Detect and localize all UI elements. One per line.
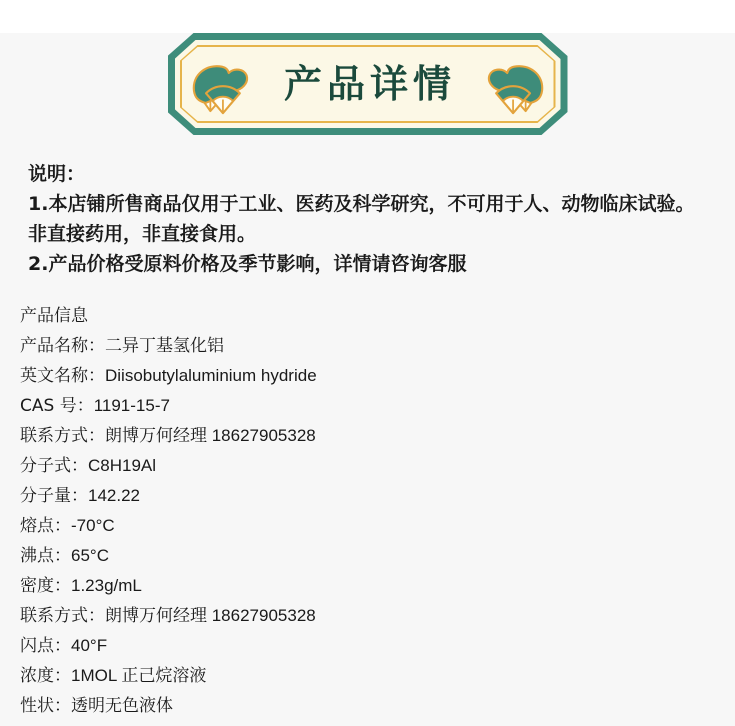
info-row: 浓度：1MOL 正己烷溶液 (20, 661, 715, 691)
info-label: 英文名称： (20, 366, 105, 386)
info-value: 透明无色液体 (71, 696, 173, 715)
info-label: CAS 号： (20, 396, 94, 416)
info-label: 浓度： (20, 666, 71, 686)
info-value: C8H19Al (88, 456, 156, 475)
info-label: 闪点： (20, 636, 71, 656)
description-section: 说明：1.本店铺所售商品仅用于工业、医药及科学研究，不可用于人、动物临床试验。非… (0, 135, 735, 279)
info-row: 分子式：C8H19Al (20, 451, 715, 481)
info-value: 1191-15-7 (94, 396, 170, 415)
info-value: 朗博万何经理 18627905328 (105, 426, 316, 445)
info-row: CAS 号：1191-15-7 (20, 391, 715, 421)
info-value: 朗博万何经理 18627905328 (105, 606, 316, 625)
info-row: 联系方式：朗博万何经理 18627905328 (20, 601, 715, 631)
info-value: Diisobutylaluminium hydride (105, 366, 317, 385)
description-line: 2.产品价格受原料价格及季节影响，详情请咨询客服 (28, 249, 707, 279)
info-row: 性状：透明无色液体 (20, 691, 715, 721)
info-row: 闪点：40°F (20, 631, 715, 661)
top-strip (0, 0, 735, 28)
info-row: 产品信息 (20, 301, 715, 331)
description-line: 1.本店铺所售商品仅用于工业、医药及科学研究，不可用于人、动物临床试验。 (28, 189, 707, 219)
info-value: 142.22 (88, 486, 140, 505)
info-label: 密度： (20, 576, 71, 596)
info-row: 熔点：-70°C (20, 511, 715, 541)
info-row: 沸点：65°C (20, 541, 715, 571)
banner-inner: 产品详情 (182, 47, 554, 121)
product-info-section: 产品信息产品名称：二异丁基氢化铝英文名称：Diisobutylaluminium… (0, 279, 735, 721)
info-row: 产品名称：二异丁基氢化铝 (20, 331, 715, 361)
info-label: 产品名称： (20, 336, 105, 356)
info-label: 性状： (20, 696, 71, 716)
info-label: 熔点： (20, 516, 71, 536)
page: 产品详情 说明：1.本店铺所售商品仅用于工业、医药及科学研究，不可用于人、动物临… (0, 0, 735, 726)
info-value: 40°F (71, 636, 107, 655)
banner-title: 产品详情 (252, 65, 484, 103)
info-value: 1.23g/mL (71, 576, 142, 595)
info-label: 联系方式： (20, 606, 105, 626)
info-row: 联系方式：朗博万何经理 18627905328 (20, 421, 715, 451)
description-line: 说明： (28, 159, 707, 189)
content-area: 产品详情 说明：1.本店铺所售商品仅用于工业、医药及科学研究，不可用于人、动物临… (0, 33, 735, 726)
info-label: 分子式： (20, 456, 88, 476)
info-label: 分子量： (20, 486, 88, 506)
info-label: 联系方式： (20, 426, 105, 446)
description-line: 非直接药用，非直接食用。 (28, 219, 707, 249)
info-label: 沸点： (20, 546, 71, 566)
info-label: 产品信息 (20, 306, 88, 326)
description-lines: 说明：1.本店铺所售商品仅用于工业、医药及科学研究，不可用于人、动物临床试验。非… (28, 159, 707, 279)
info-row: 英文名称：Diisobutylaluminium hydride (20, 361, 715, 391)
fan-icon-left (190, 59, 252, 115)
product-details-banner: 产品详情 (168, 33, 568, 135)
info-value: -70°C (71, 516, 115, 535)
fan-icon-right (484, 59, 546, 115)
info-value: 二异丁基氢化铝 (105, 336, 224, 355)
info-value: 1MOL 正己烷溶液 (71, 666, 206, 685)
info-value: 65°C (71, 546, 109, 565)
product-info-list: 产品信息产品名称：二异丁基氢化铝英文名称：Diisobutylaluminium… (20, 301, 715, 721)
info-row: 密度：1.23g/mL (20, 571, 715, 601)
info-row: 分子量：142.22 (20, 481, 715, 511)
